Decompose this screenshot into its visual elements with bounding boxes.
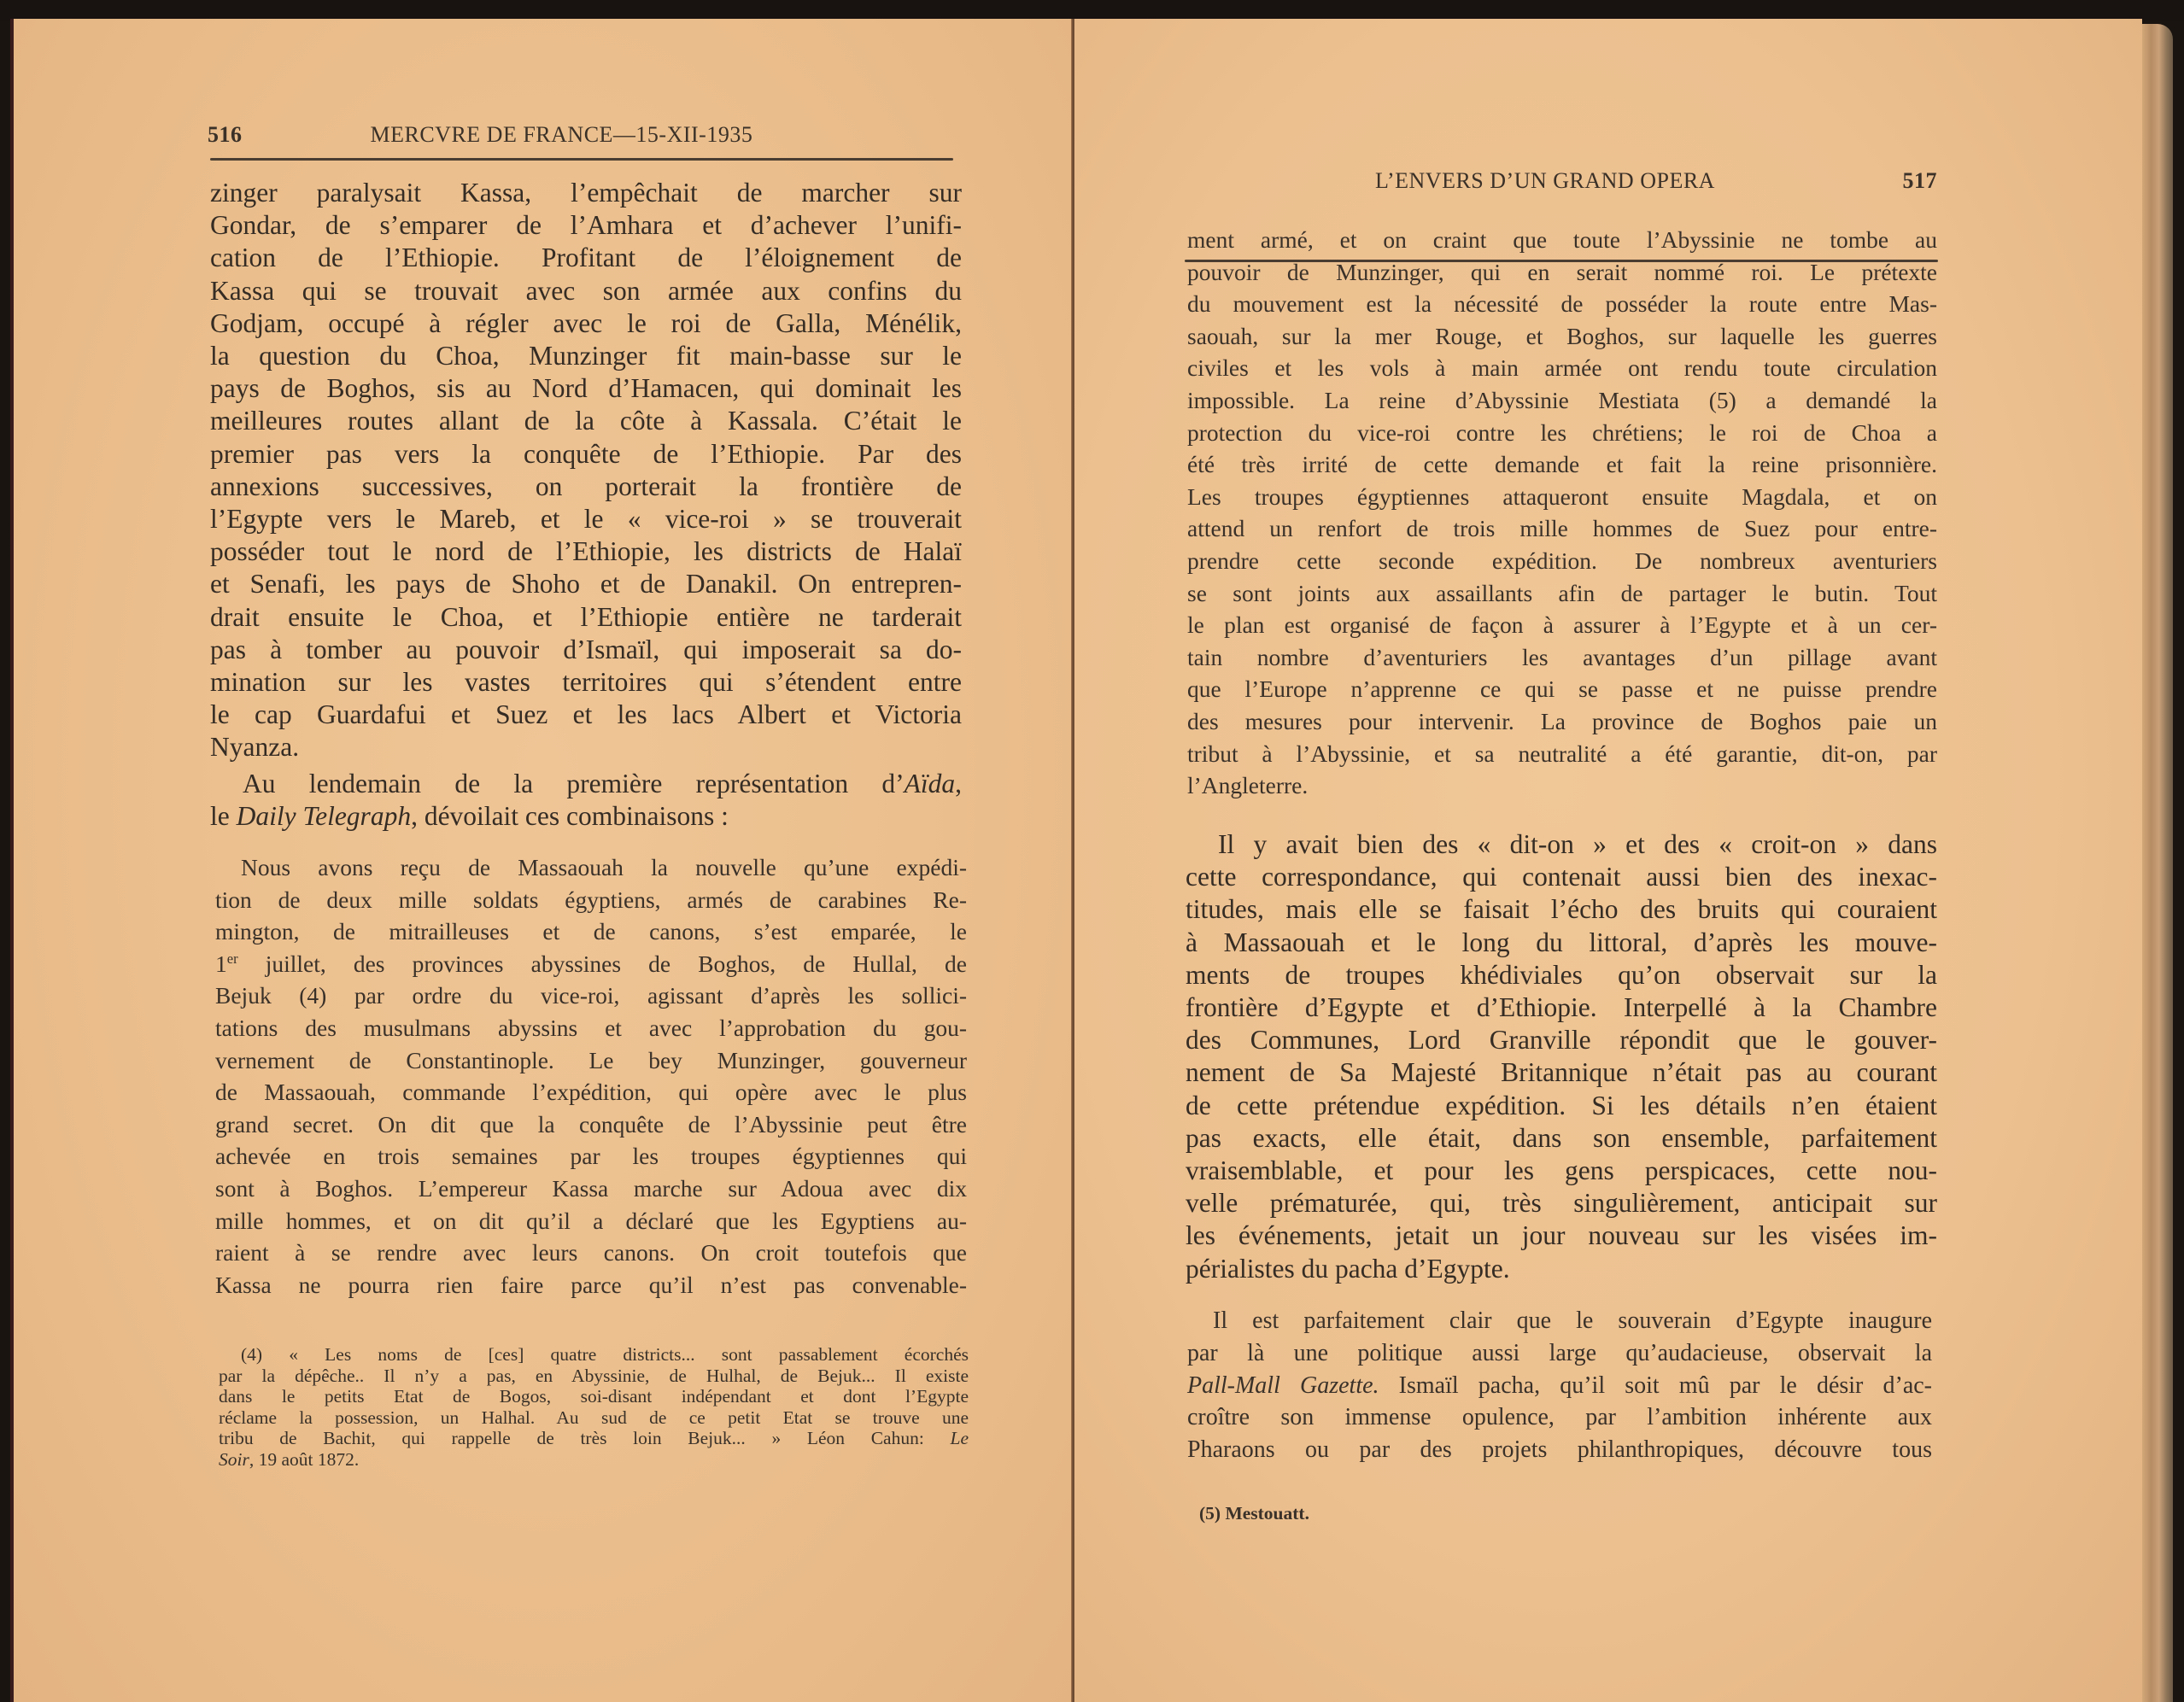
page-number: 517 xyxy=(1903,168,1938,194)
text-line: pas à tomber au pouvoir d’Ismaïl, qui im… xyxy=(210,634,962,666)
left-running-head: 516 MERCVRE DE FRANCE—15-XII-1935 xyxy=(208,122,954,148)
text-line: Pharaons ou par des projets philanthropi… xyxy=(1187,1434,1932,1466)
text-line: premier pas vers la conquête de l’Ethiop… xyxy=(210,438,962,471)
footnote-line: dans le petits Etat de Bogos, soi-disant… xyxy=(219,1386,969,1407)
text-line: Kassa ne pourra rien faire parce qu’il n… xyxy=(215,1269,967,1301)
text-line: Nous avons reçu de Massaouah la nouvelle… xyxy=(215,851,967,884)
left-body-paragraph-2: Au lendemain de la première représentati… xyxy=(210,768,962,833)
right-body-paragraph: Il y avait bien des « dit-on » et des « … xyxy=(1186,828,1937,1285)
text-line: ment armé, et on craint que toute l’Abys… xyxy=(1187,224,1937,256)
header-rule xyxy=(210,158,953,161)
text-line: 1er juillet, des provinces abyssines de … xyxy=(215,948,967,980)
footnote-line: réclame la possession, un Halhal. Au sud… xyxy=(219,1407,969,1429)
text-line: croître son immense opulence, par l’ambi… xyxy=(1187,1401,1932,1434)
text-line: la question du Choa, Munzinger fit main-… xyxy=(210,340,962,372)
page-edges xyxy=(2142,24,2173,1702)
text-line: tribut à l’Abyssinie, et sa neutralité a… xyxy=(1187,738,1937,770)
text-line: sont à Boghos. L’empereur Kassa marche s… xyxy=(215,1173,967,1205)
text-line: achevée en trois semaines par les troupe… xyxy=(215,1140,967,1173)
text-line: Les troupes égyptiennes attaqueront ensu… xyxy=(1187,481,1937,513)
text-line: Il est parfaitement clair que le souvera… xyxy=(1187,1305,1932,1337)
text-line: annexions successives, on porterait la f… xyxy=(210,471,962,503)
text-line: Godjam, occupé à régler avec le roi de G… xyxy=(210,307,962,340)
right-running-head: L’ENVERS D’UN GRAND OPERA 517 xyxy=(1186,168,1937,194)
footnote-4: (4) « Les noms de [ces] quatre districts… xyxy=(219,1344,969,1470)
newspaper-title: Pall-Mall Gazette. xyxy=(1187,1372,1379,1399)
text-line: velle prématurée, qui, très singulièreme… xyxy=(1186,1187,1937,1219)
text-line: tations des musulmans abyssins et avec l… xyxy=(215,1012,967,1044)
text-line: tain nombre d’aventuriers les avantages … xyxy=(1187,641,1937,674)
text-line: Au lendemain de la première représentati… xyxy=(210,768,962,800)
text-line: impossible. La reine d’Abyssinie Mestiat… xyxy=(1187,384,1937,417)
text-line: vraisemblable, et pour les gens perspica… xyxy=(1186,1155,1937,1187)
left-body-paragraph: zinger paralysait Kassa, l’empêchait de … xyxy=(210,177,962,764)
text-line: pays de Boghos, sis au Nord d’Hamacen, q… xyxy=(210,372,962,405)
footnote-5: (5) Mestouatt. xyxy=(1199,1503,1309,1524)
text-line: raient à se rendre avec leurs canons. On… xyxy=(215,1237,967,1269)
text-line: saouah, sur la mer Rouge, et Boghos, sur… xyxy=(1187,320,1937,353)
right-body-paragraph-2: Il est parfaitement clair que le souvera… xyxy=(1187,1305,1932,1466)
footnote-line: Soir, 19 août 1872. xyxy=(219,1449,969,1471)
text-line: mille hommes, et on dit qu’il a déclaré … xyxy=(215,1205,967,1237)
text-line: et Senafi, les pays de Shoho et de Danak… xyxy=(210,568,962,600)
text-line: Il y avait bien des « dit-on » et des « … xyxy=(1186,828,1937,861)
text-line: le plan est organisé de façon à assurer … xyxy=(1187,609,1937,641)
text-line: civiles et les vols à main armée ont ren… xyxy=(1187,352,1937,384)
text-line: les événements, jetait un jour nouveau s… xyxy=(1186,1219,1937,1252)
text-line: mington, de mitrailleuses et de canons, … xyxy=(215,915,967,948)
text-line: posséder tout le nord de l’Ethiopie, les… xyxy=(210,535,962,568)
text-line: ments de troupes khédiviales qu’on obser… xyxy=(1186,959,1937,991)
text-line: l’Angleterre. xyxy=(1187,769,1937,802)
text-line: zinger paralysait Kassa, l’empêchait de … xyxy=(210,177,962,209)
text-line: pas exacts, elle était, dans son ensembl… xyxy=(1186,1122,1937,1155)
text-line: vernement de Constantinople. Le bey Munz… xyxy=(215,1044,967,1077)
text-line: l’Egypte vers le Mareb, et le « vice-roi… xyxy=(210,503,962,535)
text-line: du mouvement est la nécessité de posséde… xyxy=(1187,288,1937,320)
text-line: de cette prétendue expédition. Si les dé… xyxy=(1186,1090,1937,1122)
text-line: pouvoir de Munzinger, qui en serait nomm… xyxy=(1187,256,1937,289)
text-line: des mesures pour intervenir. La province… xyxy=(1187,705,1937,738)
text-line: Nyanza. xyxy=(210,731,962,763)
text-line: périalistes du pacha d’Egypte. xyxy=(1186,1253,1937,1285)
text-line: prendre cette seconde expédition. De nom… xyxy=(1187,545,1937,577)
text-line: grand secret. On dit que la conquête de … xyxy=(215,1108,967,1141)
text-line: Kassa qui se trouvait avec son armée aux… xyxy=(210,275,962,307)
text-line: attend un renfort de trois mille hommes … xyxy=(1187,512,1937,545)
text-line: cation de l’Ethiopie. Profitant de l’élo… xyxy=(210,242,962,274)
footnote-line: (4) « Les noms de [ces] quatre districts… xyxy=(219,1344,969,1366)
text-line: tion de deux mille soldats égyptiens, ar… xyxy=(215,884,967,916)
text-line: des Communes, Lord Granville répondit qu… xyxy=(1186,1024,1937,1056)
right-quoted-dispatch: ment armé, et on craint que toute l’Abys… xyxy=(1187,224,1937,802)
text-line: été très irrité de cette demande et fait… xyxy=(1187,448,1937,481)
running-title: L’ENVERS D’UN GRAND OPERA xyxy=(1375,168,1715,194)
scan-background xyxy=(0,0,2184,20)
text-line: nement de Sa Majesté Britannique n’était… xyxy=(1186,1056,1937,1089)
left-quoted-dispatch: Nous avons reçu de Massaouah la nouvelle… xyxy=(215,851,967,1301)
text-line: de Massaouah, commande l’expédition, qui… xyxy=(215,1076,967,1108)
text-line: drait ensuite le Choa, et l’Ethiopie ent… xyxy=(210,601,962,634)
text-line: protection du vice-roi contre les chréti… xyxy=(1187,417,1937,449)
book-spread: 516 MERCVRE DE FRANCE—15-XII-1935 zinger… xyxy=(0,0,2184,1702)
text-line: mination sur les vastes territoires qui … xyxy=(210,666,962,699)
footnote-line: tribu de Bachit, qui rappelle de très lo… xyxy=(219,1428,969,1449)
newspaper-title: Daily Telegraph xyxy=(237,801,411,831)
text-line: à Massaouah et le long du littoral, d’ap… xyxy=(1186,927,1937,959)
text-line: par là une politique aussi large qu’auda… xyxy=(1187,1337,1932,1370)
text-line: cette correspondance, qui contenait auss… xyxy=(1186,861,1937,893)
text-line: que l’Europe n’apprenne ce qui se passe … xyxy=(1187,673,1937,705)
footnote-line: par la dépêche.. Il n’y a pas, en Abyssi… xyxy=(219,1366,969,1387)
text-line: frontière d’Egypte et d’Ethiopie. Interp… xyxy=(1186,991,1937,1024)
text-line: se sont joints aux assaillants afin de p… xyxy=(1187,577,1937,610)
text-line: meilleures routes allant de la côte à Ka… xyxy=(210,405,962,437)
text-line: le Daily Telegraph, dévoilait ces combin… xyxy=(210,800,962,833)
text-line: titudes, mais elle se faisait l’écho des… xyxy=(1186,893,1937,926)
text-line: le cap Guardafui et Suez et les lacs Alb… xyxy=(210,699,962,731)
text-line: Bejuk (4) par ordre du vice-roi, agissan… xyxy=(215,980,967,1012)
text-line: Gondar, de s’emparer de l’Amhara et d’ac… xyxy=(210,209,962,242)
opera-title: Aïda xyxy=(905,769,956,798)
page-number: 516 xyxy=(208,122,243,148)
text-line: Pall-Mall Gazette. Ismaïl pacha, qu’il s… xyxy=(1187,1370,1932,1402)
running-title: MERCVRE DE FRANCE—15-XII-1935 xyxy=(371,122,753,148)
